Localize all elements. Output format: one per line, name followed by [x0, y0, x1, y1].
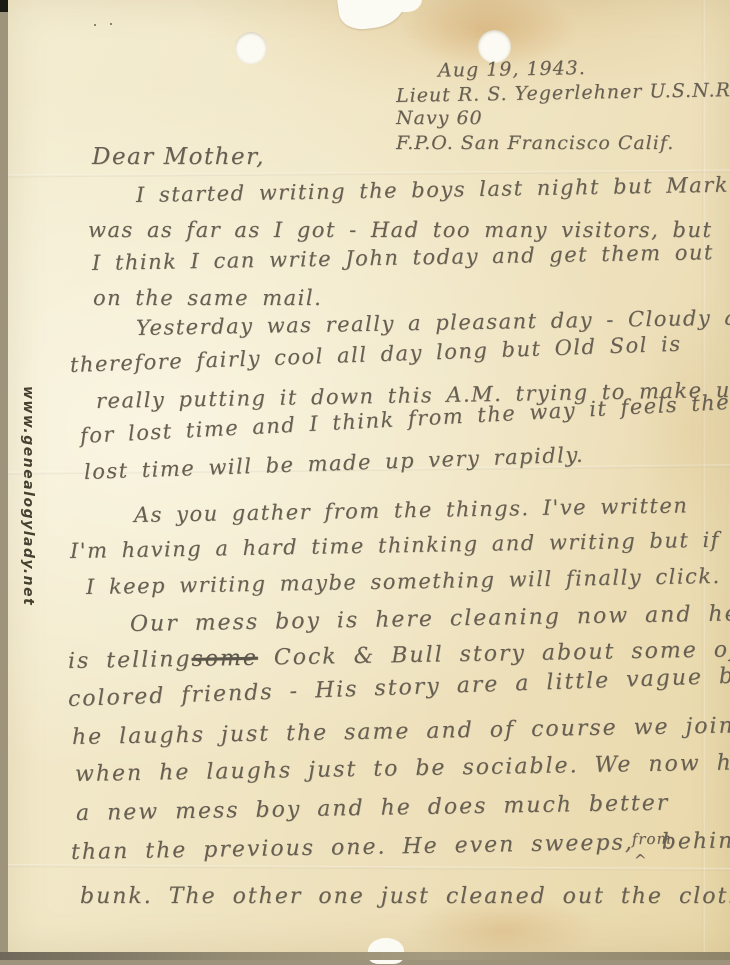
letter-line: lost time will be made up very rapidly.: [84, 443, 585, 484]
sender-name: Lieut R. S. Yegerlehner U.S.N.R.: [396, 78, 730, 109]
letter-line: I think I can write John today and get t…: [92, 240, 714, 275]
line-text: is telling: [68, 647, 192, 674]
letter-line: Our mess boy is here cleaning now and he: [130, 601, 730, 637]
letter-line: I keep writing maybe something will fina…: [86, 564, 721, 599]
scan-edge-bottom: [0, 952, 730, 960]
letter-line: I started writing the boys last night bu…: [136, 173, 729, 207]
dust-speck: [110, 23, 112, 25]
sender-unit: Navy 60: [396, 106, 730, 131]
letter-line: I'm having a hard time thinking and writ…: [70, 528, 720, 563]
punch-hole: [235, 32, 267, 64]
salutation: Dear Mother,: [92, 144, 265, 170]
paper-crease: [8, 864, 730, 871]
letter-line: on the same mail.: [93, 286, 322, 310]
line-text: than the previous one. He even sweeps,: [71, 830, 634, 865]
letter-line: a new mess boy and he does much better: [76, 791, 670, 826]
letter-line: bunk. The other one just cleaned out the…: [80, 884, 730, 909]
scan-edge-corner: [0, 0, 8, 12]
letter-page: www.genealogylady.net Aug 19, 1943. Lieu…: [8, 0, 730, 952]
letter-line: was as far as I got - Had too many visit…: [88, 218, 712, 242]
watermark-text: www.genealogylady.net: [20, 386, 36, 656]
inserted-word: from: [632, 830, 672, 849]
letter-line-with-insertion: than the previous one. He even sweeps,^f…: [71, 827, 730, 865]
letter-line: when he laughs just to be sociable. We n…: [75, 750, 730, 787]
letter-line: As you gather from the things. I've writ…: [134, 493, 689, 527]
dust-speck: [94, 24, 96, 26]
torn-notch-top: [392, 0, 422, 12]
letter-line: he laughs just the same and of course we…: [72, 713, 730, 750]
struck-word: some: [191, 646, 258, 672]
sender-address: F.P.O. San Francisco Calif.: [396, 131, 730, 156]
letter-header: Aug 19, 1943. Lieut R. S. Yegerlehner U.…: [396, 56, 730, 156]
insert-caret: ^: [634, 851, 649, 869]
